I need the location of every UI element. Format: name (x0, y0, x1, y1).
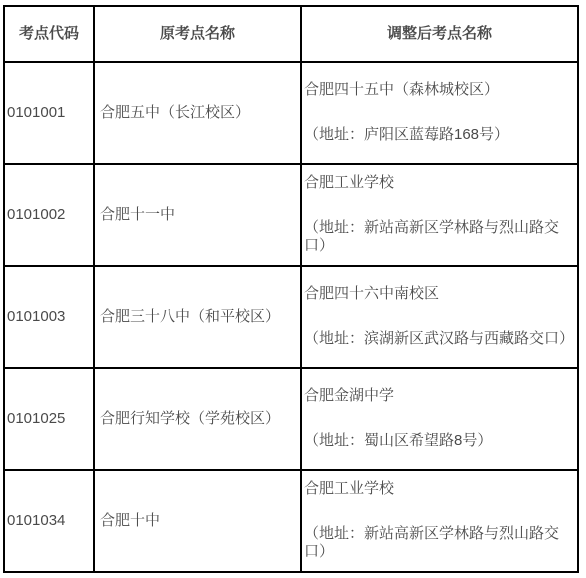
adjusted-site-address: （地址：新站高新区学林路与烈山路交口） (304, 219, 573, 257)
adjusted-site-address: （地址：蜀山区希望路8号） (304, 432, 573, 451)
adjusted-site-content: 合肥四十五中（森林城校区） （地址：庐阳区蓝莓路168号） (304, 63, 573, 163)
adjusted-site-name: 合肥金湖中学 (304, 387, 573, 406)
cell-adjusted-site: 合肥四十五中（森林城校区） （地址：庐阳区蓝莓路168号） (301, 62, 578, 164)
cell-original-site-name: 合肥三十八中（和平校区） (94, 266, 301, 368)
adjusted-site-content: 合肥四十六中南校区 （地址：滨湖新区武汉路与西藏路交口） (304, 267, 573, 367)
adjusted-site-address: （地址：新站高新区学林路与烈山路交口） (304, 525, 573, 563)
cell-original-site-name: 合肥十中 (94, 470, 301, 572)
adjusted-site-content: 合肥金湖中学 （地址：蜀山区希望路8号） (304, 369, 573, 469)
adjusted-site-content: 合肥工业学校 （地址：新站高新区学林路与烈山路交口） (304, 165, 573, 265)
cell-adjusted-site: 合肥金湖中学 （地址：蜀山区希望路8号） (301, 368, 578, 470)
adjusted-site-name: 合肥工业学校 (304, 480, 573, 499)
table-row: 0101003 合肥三十八中（和平校区） 合肥四十六中南校区 （地址：滨湖新区武… (4, 266, 578, 368)
cell-adjusted-site: 合肥四十六中南校区 （地址：滨湖新区武汉路与西藏路交口） (301, 266, 578, 368)
exam-site-adjustment-table: 考点代码 原考点名称 调整后考点名称 0101001 合肥五中（长江校区） 合肥… (3, 5, 579, 573)
cell-original-site-name: 合肥五中（长江校区） (94, 62, 301, 164)
cell-adjusted-site: 合肥工业学校 （地址：新站高新区学林路与烈山路交口） (301, 470, 578, 572)
cell-adjusted-site: 合肥工业学校 （地址：新站高新区学林路与烈山路交口） (301, 164, 578, 266)
cell-site-code: 0101034 (4, 470, 94, 572)
column-header-original-site-name: 原考点名称 (94, 6, 301, 62)
adjusted-site-name: 合肥四十五中（森林城校区） (304, 81, 573, 100)
table-row: 0101034 合肥十中 合肥工业学校 （地址：新站高新区学林路与烈山路交口） (4, 470, 578, 572)
cell-site-code: 0101001 (4, 62, 94, 164)
table-row: 0101025 合肥行知学校（学苑校区） 合肥金湖中学 （地址：蜀山区希望路8号… (4, 368, 578, 470)
adjusted-site-name: 合肥工业学校 (304, 174, 573, 193)
adjusted-site-address: （地址：滨湖新区武汉路与西藏路交口） (304, 330, 573, 349)
cell-site-code: 0101025 (4, 368, 94, 470)
adjusted-site-content: 合肥工业学校 （地址：新站高新区学林路与烈山路交口） (304, 471, 573, 571)
cell-original-site-name: 合肥十一中 (94, 164, 301, 266)
table-row: 0101002 合肥十一中 合肥工业学校 （地址：新站高新区学林路与烈山路交口） (4, 164, 578, 266)
table-body: 0101001 合肥五中（长江校区） 合肥四十五中（森林城校区） （地址：庐阳区… (4, 62, 578, 572)
table-header-row: 考点代码 原考点名称 调整后考点名称 (4, 6, 578, 62)
cell-site-code: 0101003 (4, 266, 94, 368)
adjusted-site-address: （地址：庐阳区蓝莓路168号） (304, 126, 573, 145)
table-row: 0101001 合肥五中（长江校区） 合肥四十五中（森林城校区） （地址：庐阳区… (4, 62, 578, 164)
cell-original-site-name: 合肥行知学校（学苑校区） (94, 368, 301, 470)
column-header-site-code: 考点代码 (4, 6, 94, 62)
adjusted-site-name: 合肥四十六中南校区 (304, 285, 573, 304)
cell-site-code: 0101002 (4, 164, 94, 266)
column-header-adjusted-site-name: 调整后考点名称 (301, 6, 578, 62)
